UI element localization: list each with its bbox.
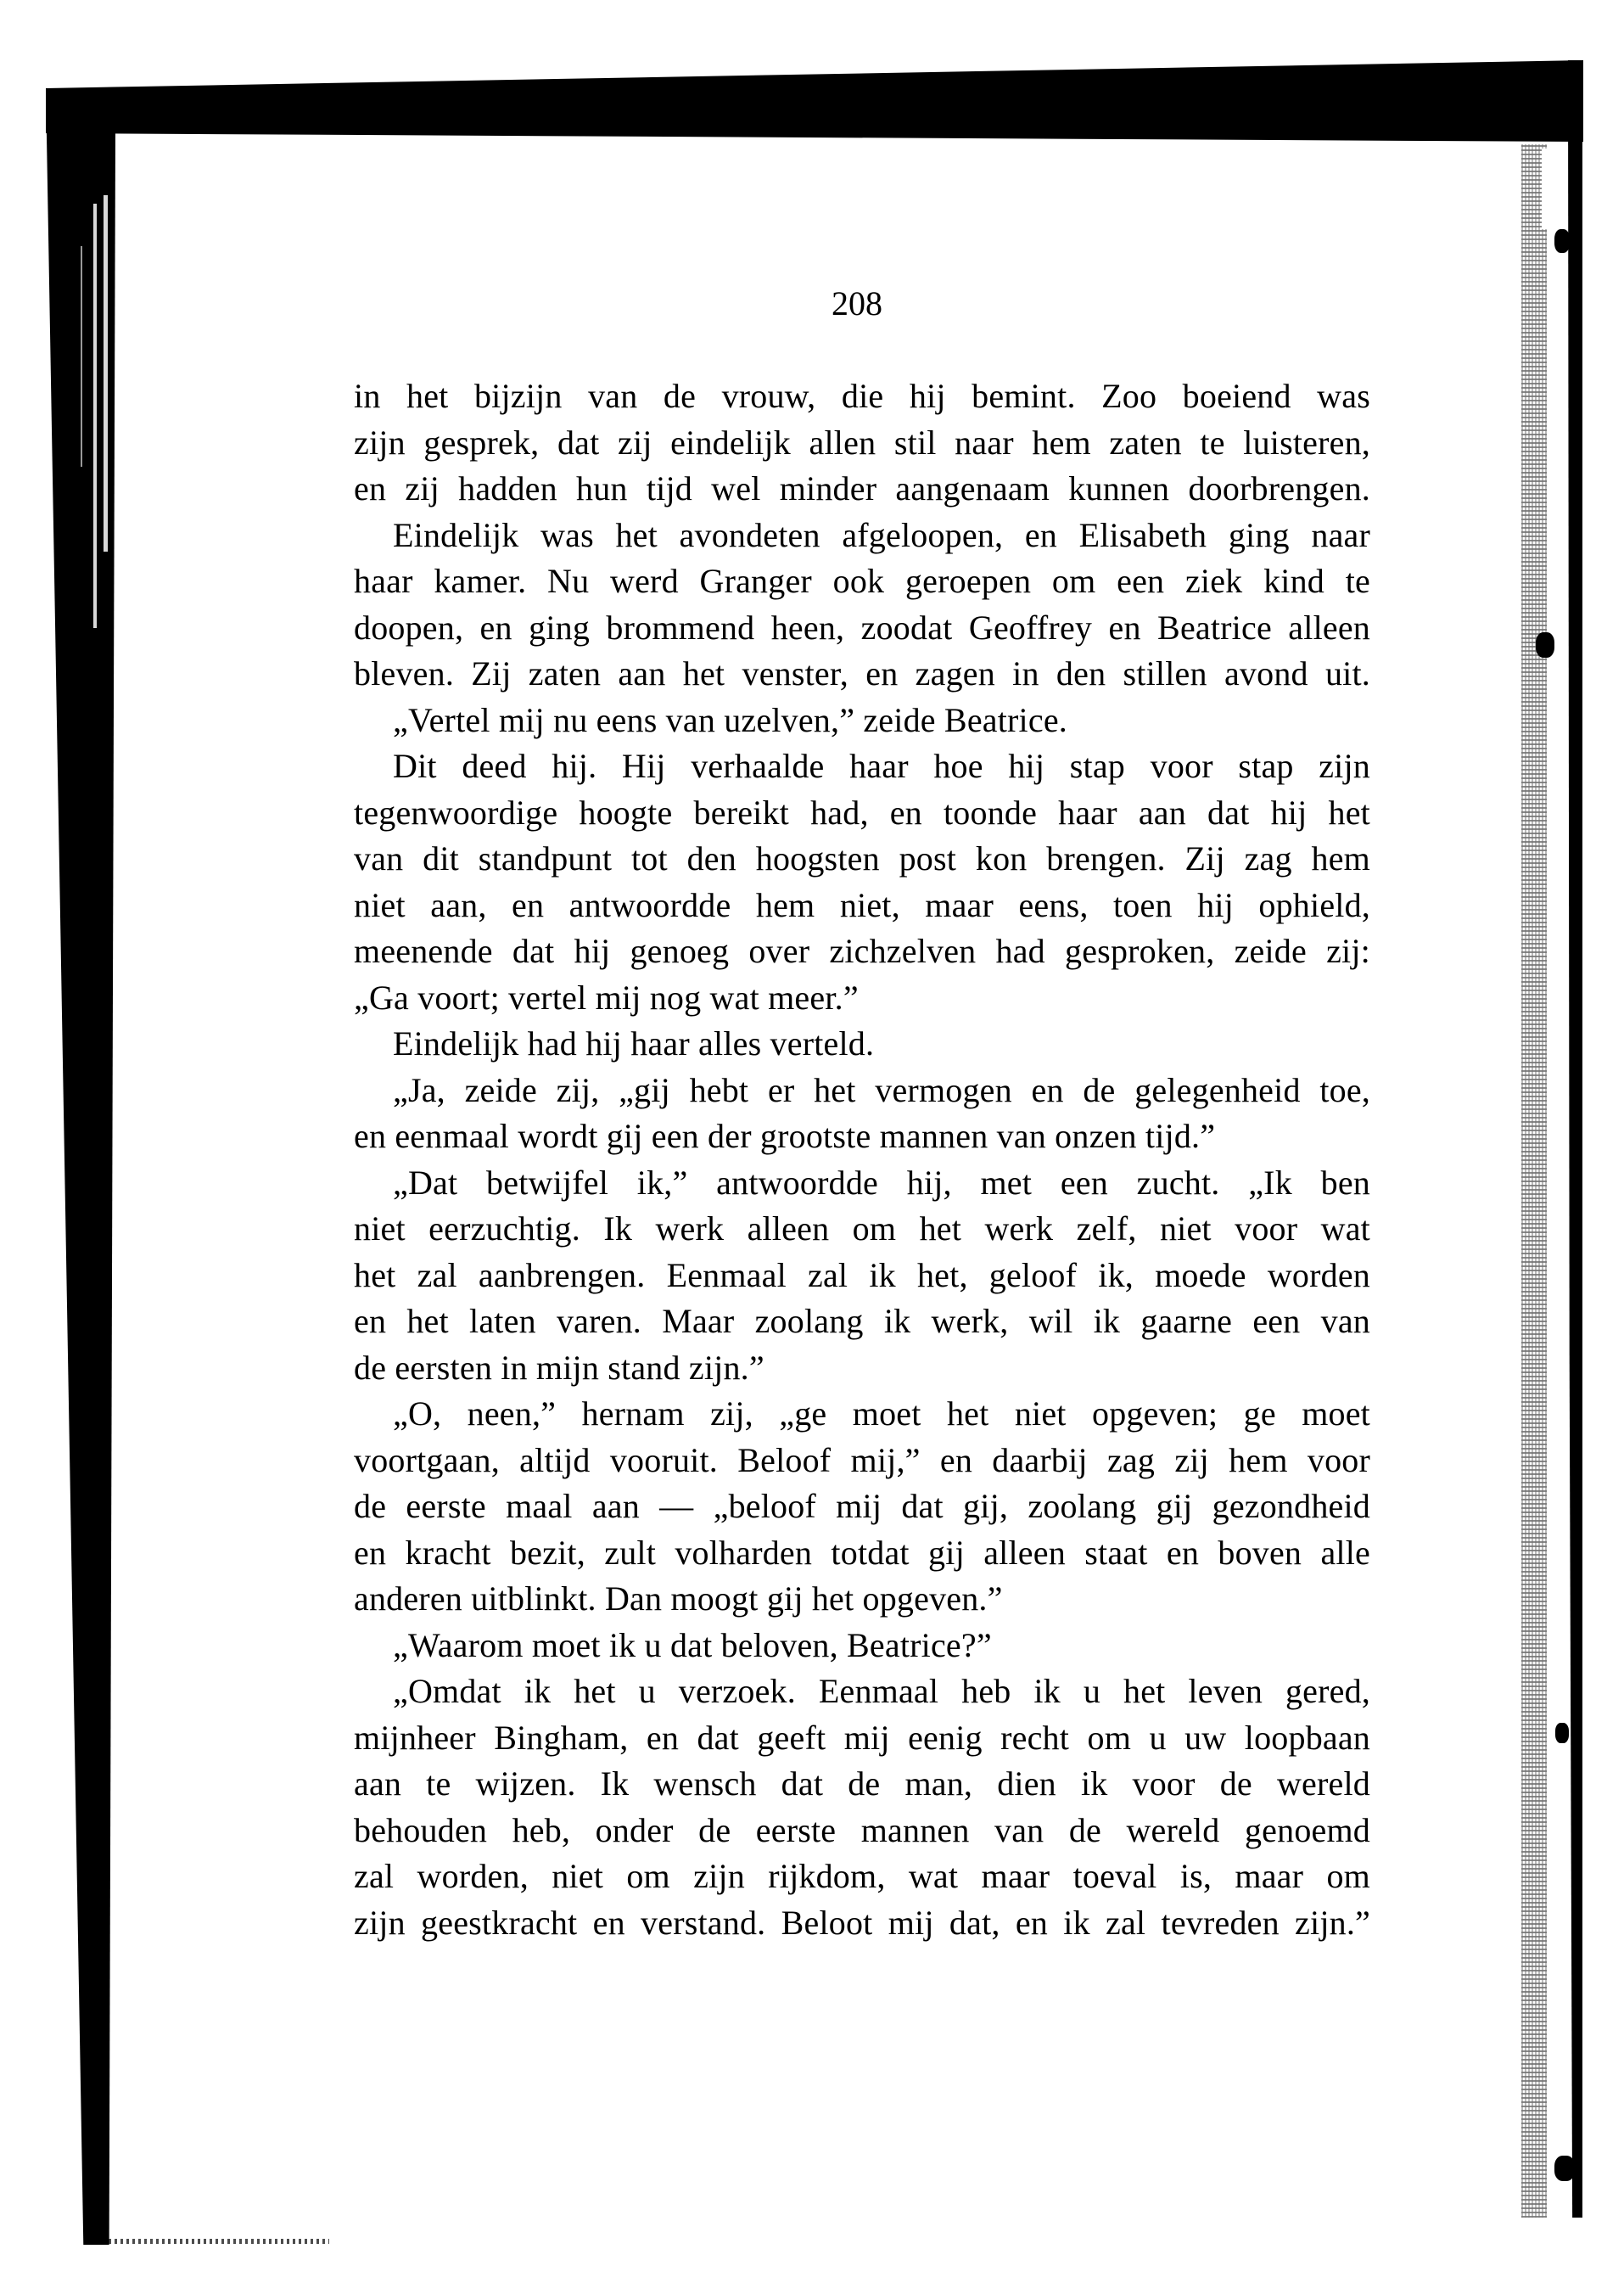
scan-border-bottom-edge xyxy=(109,2239,329,2244)
text-line: niet eerzuchtig. Ik werk alleen om het w… xyxy=(354,1206,1370,1253)
scan-ink-blot xyxy=(1536,632,1554,658)
text-line: meenende dat hij genoeg over zichzelven … xyxy=(354,928,1370,975)
scan-border-right xyxy=(1568,60,1582,2218)
scan-border-right-shadow xyxy=(1521,144,1547,2218)
scan-ink-blot xyxy=(1554,2156,1575,2181)
text-line: de eerste maal aan — „beloof mij dat gij… xyxy=(354,1483,1370,1530)
text-line: zijn gesprek, dat zij eindelijk allen st… xyxy=(354,420,1370,467)
text-line: niet aan, en antwoordde hem niet, maar e… xyxy=(354,883,1370,929)
scan-border-top xyxy=(46,0,1583,144)
text-line: aan te wijzen. Ik wensch dat de man, die… xyxy=(354,1761,1370,1808)
text-line: en het laten varen. Maar zoolang ik werk… xyxy=(354,1298,1370,1345)
text-line: het zal aanbrengen. Eenmaal zal ik het, … xyxy=(354,1253,1370,1299)
scan-border-left-highlight xyxy=(104,195,108,552)
text-line: „Ga voort; vertel mij nog wat meer.” xyxy=(354,975,1370,1022)
text-line: doopen, en ging brommend heen, zoodat Ge… xyxy=(354,605,1370,652)
text-line: en eenmaal wordt gij een der grootste ma… xyxy=(354,1113,1370,1160)
text-line: en zij hadden hun tijd wel minder aangen… xyxy=(354,466,1370,513)
text-line: in het bijzijn van de vrouw, die hij bem… xyxy=(354,373,1370,420)
scan-ink-blot xyxy=(1555,1723,1569,1743)
text-line: en kracht bezit, zult volharden totdat g… xyxy=(354,1530,1370,1577)
text-line: anderen uitblinkt. Dan moogt gij het opg… xyxy=(354,1576,1370,1623)
text-line: mijnheer Bingham, en dat geeft mij eenig… xyxy=(354,1715,1370,1762)
text-line: haar kamer. Nu werd Granger ook geroepen… xyxy=(354,558,1370,605)
text-line: „Dat betwijfel ik,” antwoordde hij, met … xyxy=(354,1160,1370,1207)
text-line: bleven. Zij zaten aan het venster, en za… xyxy=(354,651,1370,698)
text-line: Eindelijk had hij haar alles verteld. xyxy=(354,1021,1370,1068)
text-line: van dit standpunt tot den hoogsten post … xyxy=(354,836,1370,883)
text-line: „Ja, zeide zij, „gij hebt er het vermoge… xyxy=(354,1068,1370,1114)
page-number: 208 xyxy=(0,285,1624,322)
body-text: in het bijzijn van de vrouw, die hij bem… xyxy=(354,373,1370,1946)
scan-ink-blot xyxy=(1554,229,1570,253)
text-line: zal worden, niet om zijn rijkdom, wat ma… xyxy=(354,1854,1370,1900)
text-line: Eindelijk was het avondeten afgeloopen, … xyxy=(354,513,1370,559)
text-line: „Waarom moet ik u dat beloven, Beatrice?… xyxy=(354,1623,1370,1669)
text-line: Dit deed hij. Hij verhaalde haar hoe hij… xyxy=(354,743,1370,790)
scan-border-left-highlight xyxy=(81,246,82,467)
scan-border-right-gap xyxy=(1542,149,1565,229)
text-line: zijn geestkracht en verstand. Beloot mij… xyxy=(354,1900,1370,1947)
text-line: „O, neen,” hernam zij, „ge moet het niet… xyxy=(354,1391,1370,1438)
text-line: tegenwoordige hoogte bereikt had, en too… xyxy=(354,790,1370,837)
text-line: „Omdat ik het u verzoek. Eenmaal heb ik … xyxy=(354,1668,1370,1715)
text-line: behouden heb, onder de eerste mannen van… xyxy=(354,1808,1370,1854)
text-line: „Vertel mij nu eens van uzelven,” zeide … xyxy=(354,698,1370,744)
text-line: voortgaan, altijd vooruit. Beloof mij,” … xyxy=(354,1438,1370,1484)
scan-border-left-highlight xyxy=(93,204,97,628)
text-line: de eersten in mijn stand zijn.” xyxy=(354,1345,1370,1392)
